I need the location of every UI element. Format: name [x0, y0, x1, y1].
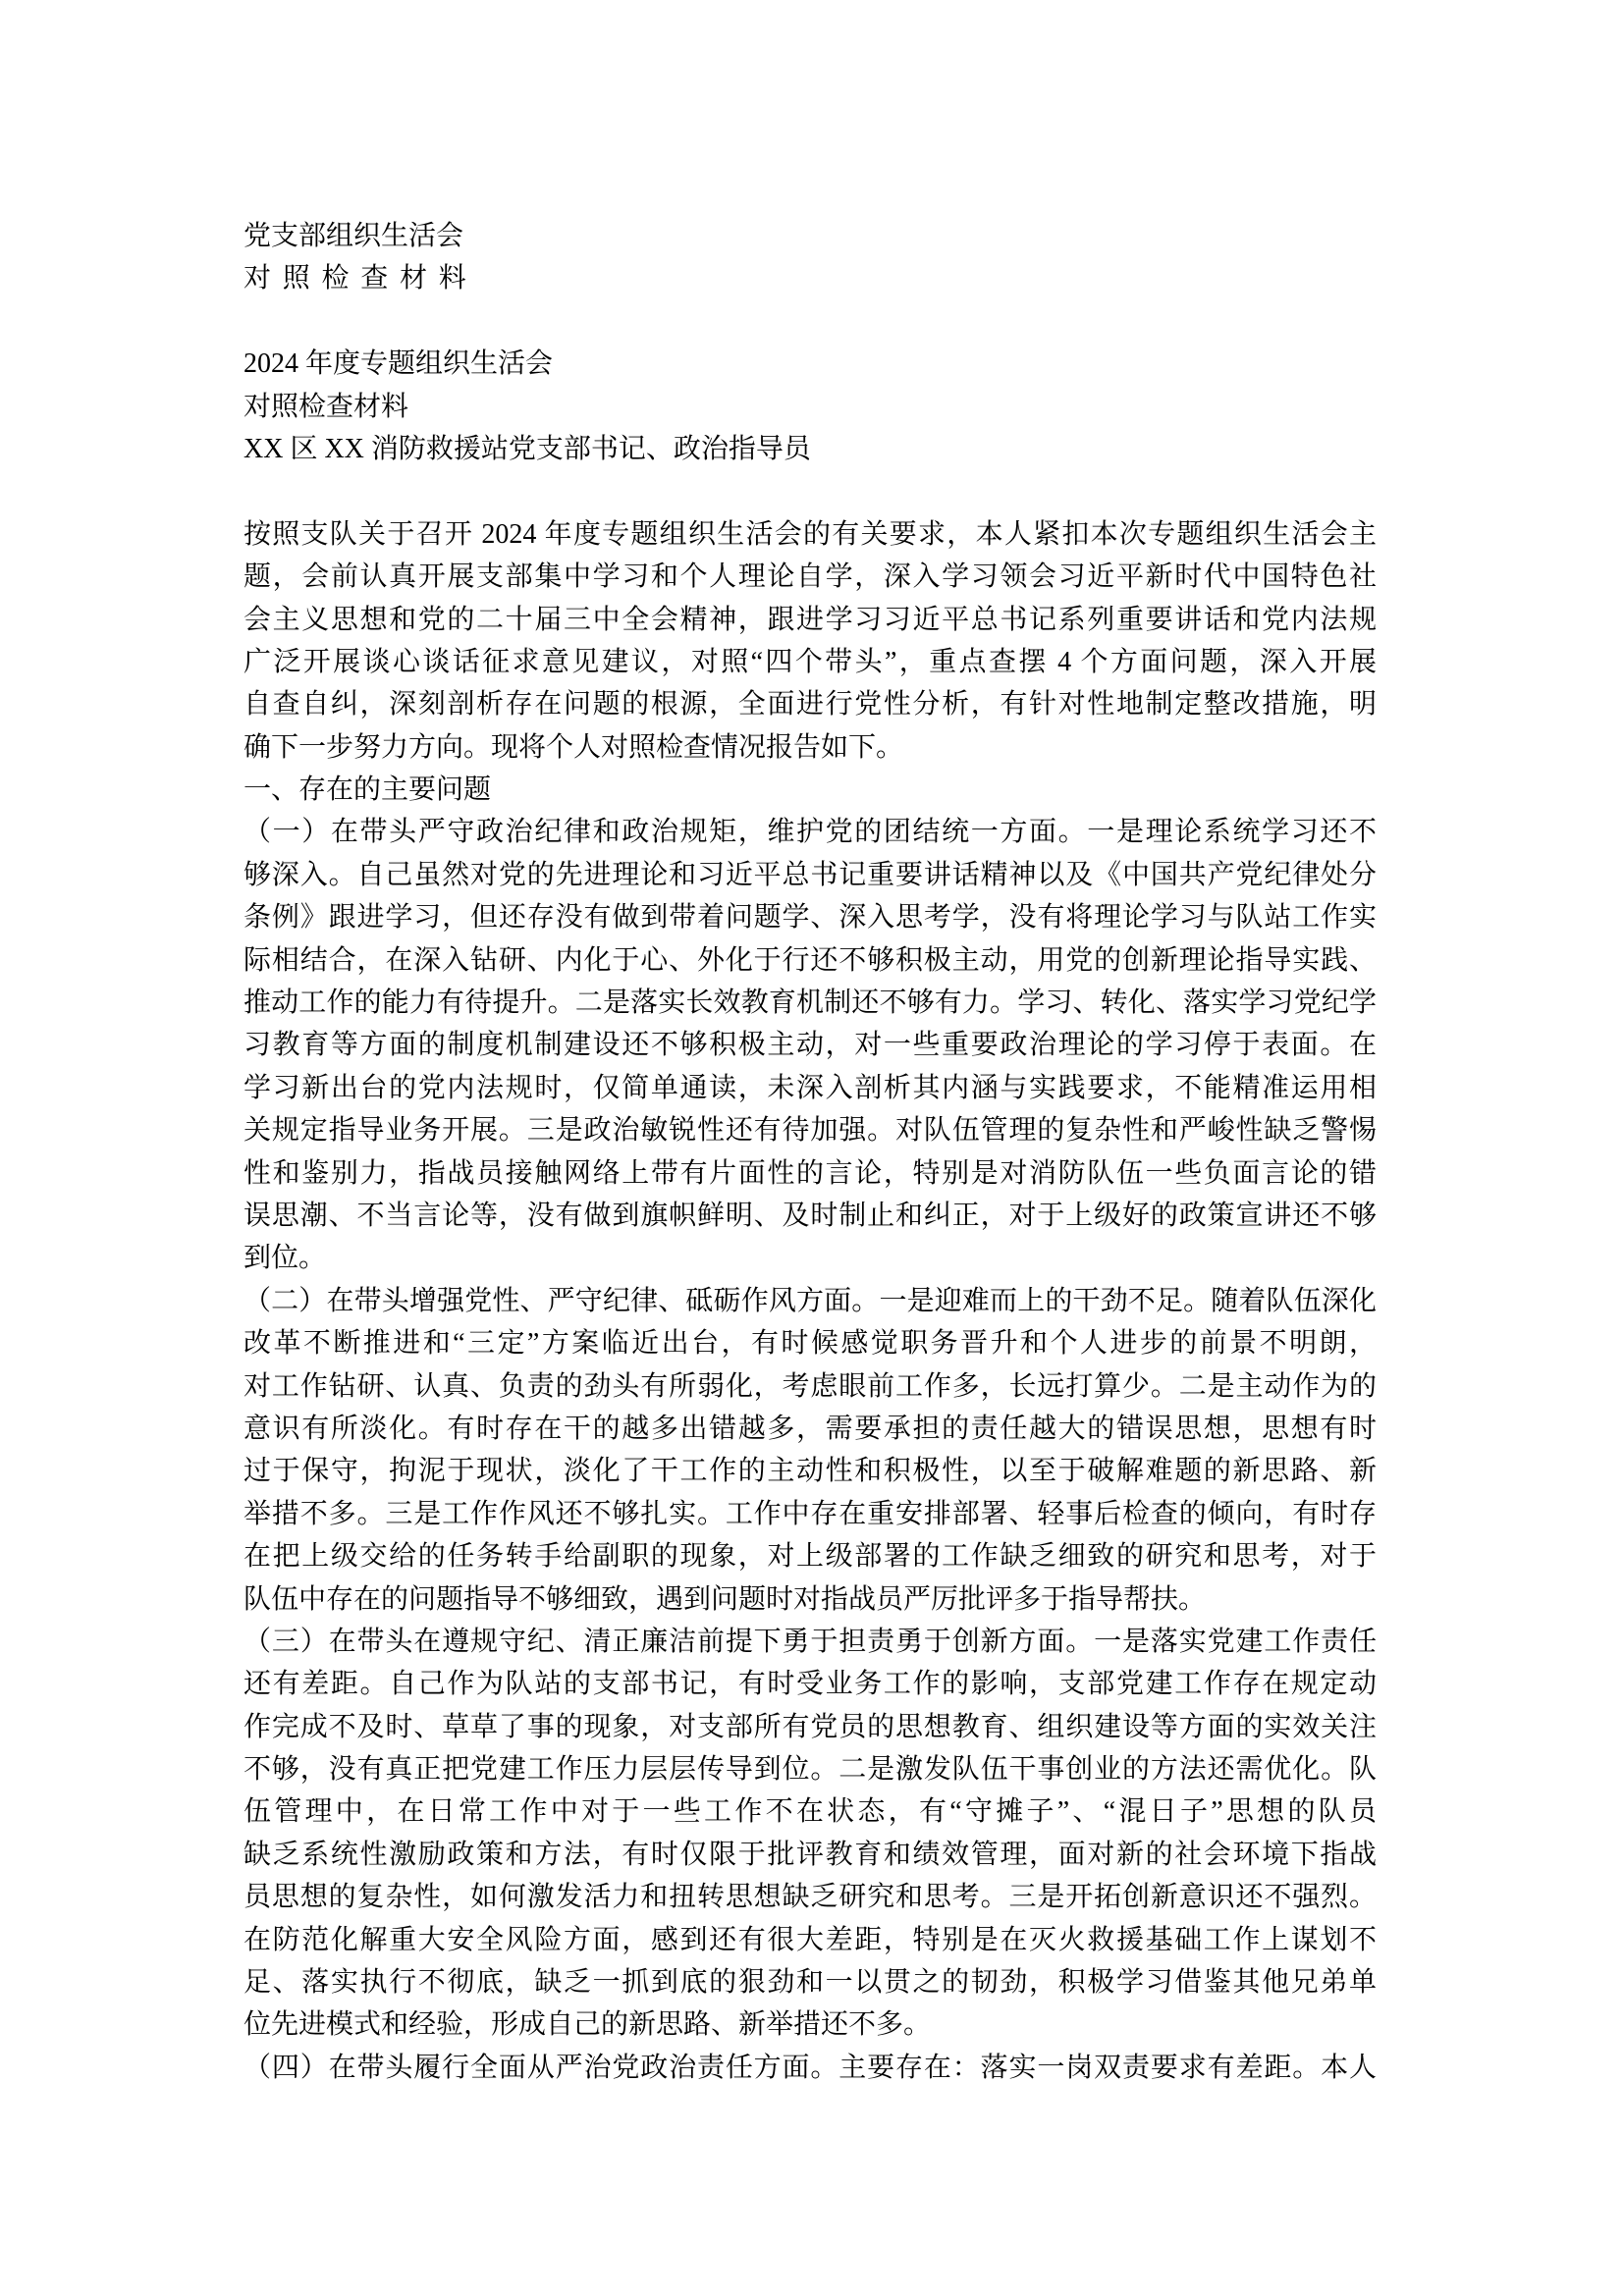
- text-line: 还有差距。自己作为队站的支部书记，有时受业务工作的影响，支部党建工作存在规定动: [243, 1663, 1377, 1705]
- text-line: 足、落实执行不彻底，缺乏一抓到底的狠劲和一以贯之的韧劲，积极学习借鉴其他兄弟单: [243, 1961, 1377, 2003]
- text-line: 过于保守，拘泥于现状，淡化了干工作的主动性和积极性，以至于破解难题的新思路、新: [243, 1450, 1377, 1492]
- text-line: 会主义思想和党的二十届三中全会精神，跟进学习习近平总书记系列重要讲话和党内法规: [243, 599, 1377, 641]
- blank-line: [243, 470, 1377, 512]
- text-line: 伍管理中，在日常工作中对于一些工作不在状态，有“守摊子”、“混日子”思想的队员: [243, 1790, 1377, 1833]
- text-line: 广泛开展谈心谈话征求意见建议，对照“四个带头”，重点查摆 4 个方面问题，深入开…: [243, 641, 1377, 683]
- text-line: 不够，没有真正把党建工作压力层层传导到位。二是激发队伍干事创业的方法还需优化。队: [243, 1748, 1377, 1790]
- issue-paragraph-3: （三）在带头在遵规守纪、清正廉洁前提下勇于担责勇于创新方面。一是落实党建工作责任…: [243, 1621, 1377, 2047]
- text-line: 习教育等方面的制度机制建设还不够积极主动，对一些重要政治理论的学习停于表面。在: [243, 1024, 1377, 1066]
- text-line: 自查自纠，深刻剖析存在问题的根源，全面进行党性分析，有针对性地制定整改措施，明: [243, 683, 1377, 725]
- text-line: 党支部组织生活会: [243, 215, 1377, 257]
- text-line: （二）在带头增强党性、严守纪律、砥砺作风方面。一是迎难而上的干劲不足。随着队伍深…: [243, 1280, 1377, 1322]
- issue-paragraph-2: （二）在带头增强党性、严守纪律、砥砺作风方面。一是迎难而上的干劲不足。随着队伍深…: [243, 1280, 1377, 1621]
- text-line: （三）在带头在遵规守纪、清正廉洁前提下勇于担责勇于创新方面。一是落实党建工作责任: [243, 1621, 1377, 1663]
- text-line: 队伍中存在的问题指导不够细致，遇到问题时对指战员严厉批评多于指导帮扶。: [243, 1578, 1377, 1621]
- text-line: 题，会前认真开展支部集中学习和个人理论自学，深入学习领会习近平新时代中国特色社: [243, 556, 1377, 598]
- text-line: 对照检查材料: [243, 386, 1377, 428]
- text-line: 性和鉴别力，指战员接触网络上带有片面性的言论，特别是对消防队伍一些负面言论的错: [243, 1152, 1377, 1195]
- text-line: 确下一步努力方向。现将个人对照检查情况报告如下。: [243, 726, 1377, 769]
- text-line: 位先进模式和经验，形成自己的新思路、新举措还不多。: [243, 2003, 1377, 2046]
- text-line: 按照支队关于召开 2024 年度专题组织生活会的有关要求，本人紧扣本次专题组织生…: [243, 513, 1377, 556]
- document-page: 党支部组织生活会对照检查材料2024 年度专题组织生活会对照检查材料XX 区 X…: [0, 0, 1623, 2296]
- text-line: 到位。: [243, 1237, 1377, 1279]
- text-line: 作完成不及时、草草了事的现象，对支部所有党员的思想教育、组织建设等方面的实效关注: [243, 1706, 1377, 1748]
- text-line: 意识有所淡化。有时存在干的越多出错越多，需要承担的责任越大的错误思想，思想有时: [243, 1408, 1377, 1450]
- spacer: [243, 470, 1377, 512]
- document-title: 党支部组织生活会对照检查材料: [243, 215, 1377, 300]
- intro-paragraph: 按照支队关于召开 2024 年度专题组织生活会的有关要求，本人紧扣本次专题组织生…: [243, 513, 1377, 769]
- document-subtitle: 2024 年度专题组织生活会对照检查材料XX 区 XX 消防救援站党支部书记、政…: [243, 343, 1377, 470]
- section-heading: 一、存在的主要问题: [243, 769, 1377, 811]
- text-line: 条例》跟进学习，但还存没有做到带着问题学、深入思考学，没有将理论学习与队站工作实: [243, 896, 1377, 938]
- blank-line: [243, 300, 1377, 343]
- issue-paragraph-4: （四）在带头履行全面从严治党政治责任方面。主要存在：落实一岗双责要求有差距。本人: [243, 2047, 1377, 2089]
- text-line: 一、存在的主要问题: [243, 769, 1377, 811]
- text-line: 举措不多。三是工作作风还不够扎实。工作中存在重安排部署、轻事后检查的倾向，有时存: [243, 1493, 1377, 1535]
- text-line: XX 区 XX 消防救援站党支部书记、政治指导员: [243, 428, 1377, 470]
- text-line: 员思想的复杂性，如何激发活力和扭转思想缺乏研究和思考。三是开拓创新意识还不强烈。: [243, 1876, 1377, 1918]
- text-line: （四）在带头履行全面从严治党政治责任方面。主要存在：落实一岗双责要求有差距。本人: [243, 2047, 1377, 2089]
- text-line: 够深入。自己虽然对党的先进理论和习近平总书记重要讲话精神以及《中国共产党纪律处分: [243, 854, 1377, 896]
- text-line: 学习新出台的党内法规时，仅简单通读，未深入剖析其内涵与实践要求，不能精准运用相: [243, 1067, 1377, 1109]
- text-line: 对照检查材料: [243, 257, 1377, 299]
- text-line: 改革不断推进和“三定”方案临近出台，有时候感觉职务晋升和个人进步的前景不明朗，: [243, 1322, 1377, 1364]
- text-line: 对工作钻研、认真、负责的劲头有所弱化，考虑眼前工作多，长远打算少。二是主动作为的: [243, 1365, 1377, 1408]
- issue-paragraph-1: （一）在带头严守政治纪律和政治规矩，维护党的团结统一方面。一是理论系统学习还不够…: [243, 811, 1377, 1279]
- document-content: 党支部组织生活会对照检查材料2024 年度专题组织生活会对照检查材料XX 区 X…: [243, 215, 1377, 2089]
- text-line: 关规定指导业务开展。三是政治敏锐性还有待加强。对队伍管理的复杂性和严峻性缺乏警惕: [243, 1109, 1377, 1151]
- text-line: 2024 年度专题组织生活会: [243, 343, 1377, 385]
- spacer: [243, 300, 1377, 343]
- text-line: 在把上级交给的任务转手给副职的现象，对上级部署的工作缺乏细致的研究和思考，对于: [243, 1535, 1377, 1577]
- text-line: （一）在带头严守政治纪律和政治规矩，维护党的团结统一方面。一是理论系统学习还不: [243, 811, 1377, 853]
- text-line: 际相结合，在深入钻研、内化于心、外化于行还不够积极主动，用党的创新理论指导实践、: [243, 939, 1377, 982]
- text-line: 缺乏系统性激励政策和方法，有时仅限于批评教育和绩效管理，面对新的社会环境下指战: [243, 1834, 1377, 1876]
- text-line: 在防范化解重大安全风险方面，感到还有很大差距，特别是在灭火救援基础工作上谋划不: [243, 1919, 1377, 1961]
- text-line: 推动工作的能力有待提升。二是落实长效教育机制还不够有力。学习、转化、落实学习党纪…: [243, 982, 1377, 1024]
- text-line: 误思潮、不当言论等，没有做到旗帜鲜明、及时制止和纠正，对于上级好的政策宣讲还不够: [243, 1195, 1377, 1237]
